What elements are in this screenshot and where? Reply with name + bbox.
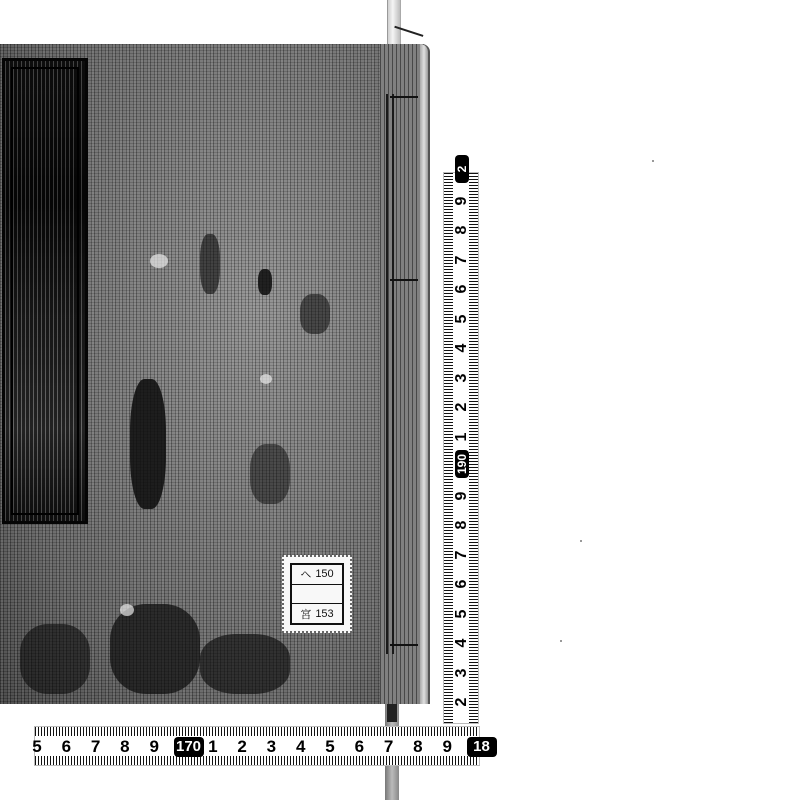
ruler-label: 8 bbox=[115, 737, 135, 757]
ruler-label: 9 bbox=[453, 192, 471, 210]
title-slip-border bbox=[11, 67, 79, 515]
binding-stitch bbox=[390, 279, 418, 281]
ruler-label: 9 bbox=[437, 737, 457, 757]
ruler-label: 6 bbox=[453, 575, 471, 593]
ruler-label: 4 bbox=[453, 634, 471, 652]
ruler-vertical: 234567891901234567892 bbox=[443, 172, 479, 724]
ruler-label: 2 bbox=[455, 155, 469, 183]
ruler-label: 8 bbox=[408, 737, 428, 757]
book-edge bbox=[420, 44, 428, 704]
ruler-label: 6 bbox=[453, 280, 471, 298]
ruler-label: 7 bbox=[86, 737, 106, 757]
ruler-label: 2 bbox=[453, 693, 471, 711]
ruler-label: 3 bbox=[453, 664, 471, 682]
ruler-label: 8 bbox=[453, 221, 471, 239]
title-slip bbox=[2, 58, 88, 524]
ruler-label: 9 bbox=[453, 487, 471, 505]
ruler-label: 3 bbox=[261, 737, 281, 757]
speck bbox=[150, 254, 168, 268]
ruler-label: 170 bbox=[174, 737, 204, 757]
dust-speck bbox=[560, 640, 562, 642]
ink-stain bbox=[250, 444, 290, 504]
speck bbox=[260, 374, 272, 384]
spine-line bbox=[392, 94, 394, 654]
ink-stain bbox=[200, 234, 220, 294]
binding-stitch bbox=[390, 644, 418, 646]
ink-stain bbox=[20, 624, 90, 694]
ruler-label: 2 bbox=[232, 737, 252, 757]
label-mark: 宮 bbox=[300, 606, 311, 622]
speck bbox=[120, 604, 134, 616]
label-row: 宮 153 bbox=[292, 604, 342, 623]
ruler-label: 4 bbox=[291, 737, 311, 757]
label-number: 153 bbox=[315, 608, 333, 620]
label-mark: ヘ bbox=[300, 566, 311, 582]
ruler-label: 7 bbox=[453, 546, 471, 564]
ruler-label: 5 bbox=[453, 310, 471, 328]
ruler-label: 190 bbox=[455, 450, 469, 478]
ruler-ticks bbox=[35, 727, 479, 736]
ruler-label: 8 bbox=[453, 516, 471, 534]
catalog-label: ヘ 150 宮 153 bbox=[282, 555, 352, 633]
ruler-ticks bbox=[35, 756, 479, 765]
ruler-label: 3 bbox=[453, 369, 471, 387]
ruler-horizontal: 5678917012345678918 bbox=[34, 726, 480, 766]
ink-stain bbox=[200, 634, 290, 694]
ruler-label: 9 bbox=[144, 737, 164, 757]
book-cover bbox=[0, 44, 430, 704]
label-row bbox=[292, 585, 342, 605]
spine-band bbox=[380, 44, 420, 704]
ink-stain bbox=[110, 604, 200, 694]
ink-stain bbox=[300, 294, 330, 334]
label-row: ヘ 150 bbox=[292, 565, 342, 585]
ruler-label: 5 bbox=[453, 605, 471, 623]
ruler-label: 4 bbox=[453, 339, 471, 357]
ruler-label: 7 bbox=[453, 251, 471, 269]
label-number: 150 bbox=[315, 568, 333, 580]
ruler-label: 6 bbox=[349, 737, 369, 757]
ink-stain bbox=[258, 269, 272, 295]
ruler-label: 5 bbox=[320, 737, 340, 757]
binding-stitch bbox=[390, 96, 418, 98]
ruler-label: 5 bbox=[27, 737, 47, 757]
ruler-label: 1 bbox=[453, 428, 471, 446]
spine-line bbox=[386, 94, 388, 654]
ruler-label: 7 bbox=[379, 737, 399, 757]
label-grid: ヘ 150 宮 153 bbox=[290, 563, 344, 625]
dust-speck bbox=[652, 160, 654, 162]
ruler-label: 1 bbox=[203, 737, 223, 757]
ruler-label: 6 bbox=[56, 737, 76, 757]
dust-speck bbox=[580, 540, 582, 542]
ink-stain bbox=[130, 379, 166, 509]
ruler-label: 2 bbox=[453, 398, 471, 416]
ruler-ticks bbox=[444, 173, 453, 723]
ruler-label: 18 bbox=[467, 737, 497, 757]
